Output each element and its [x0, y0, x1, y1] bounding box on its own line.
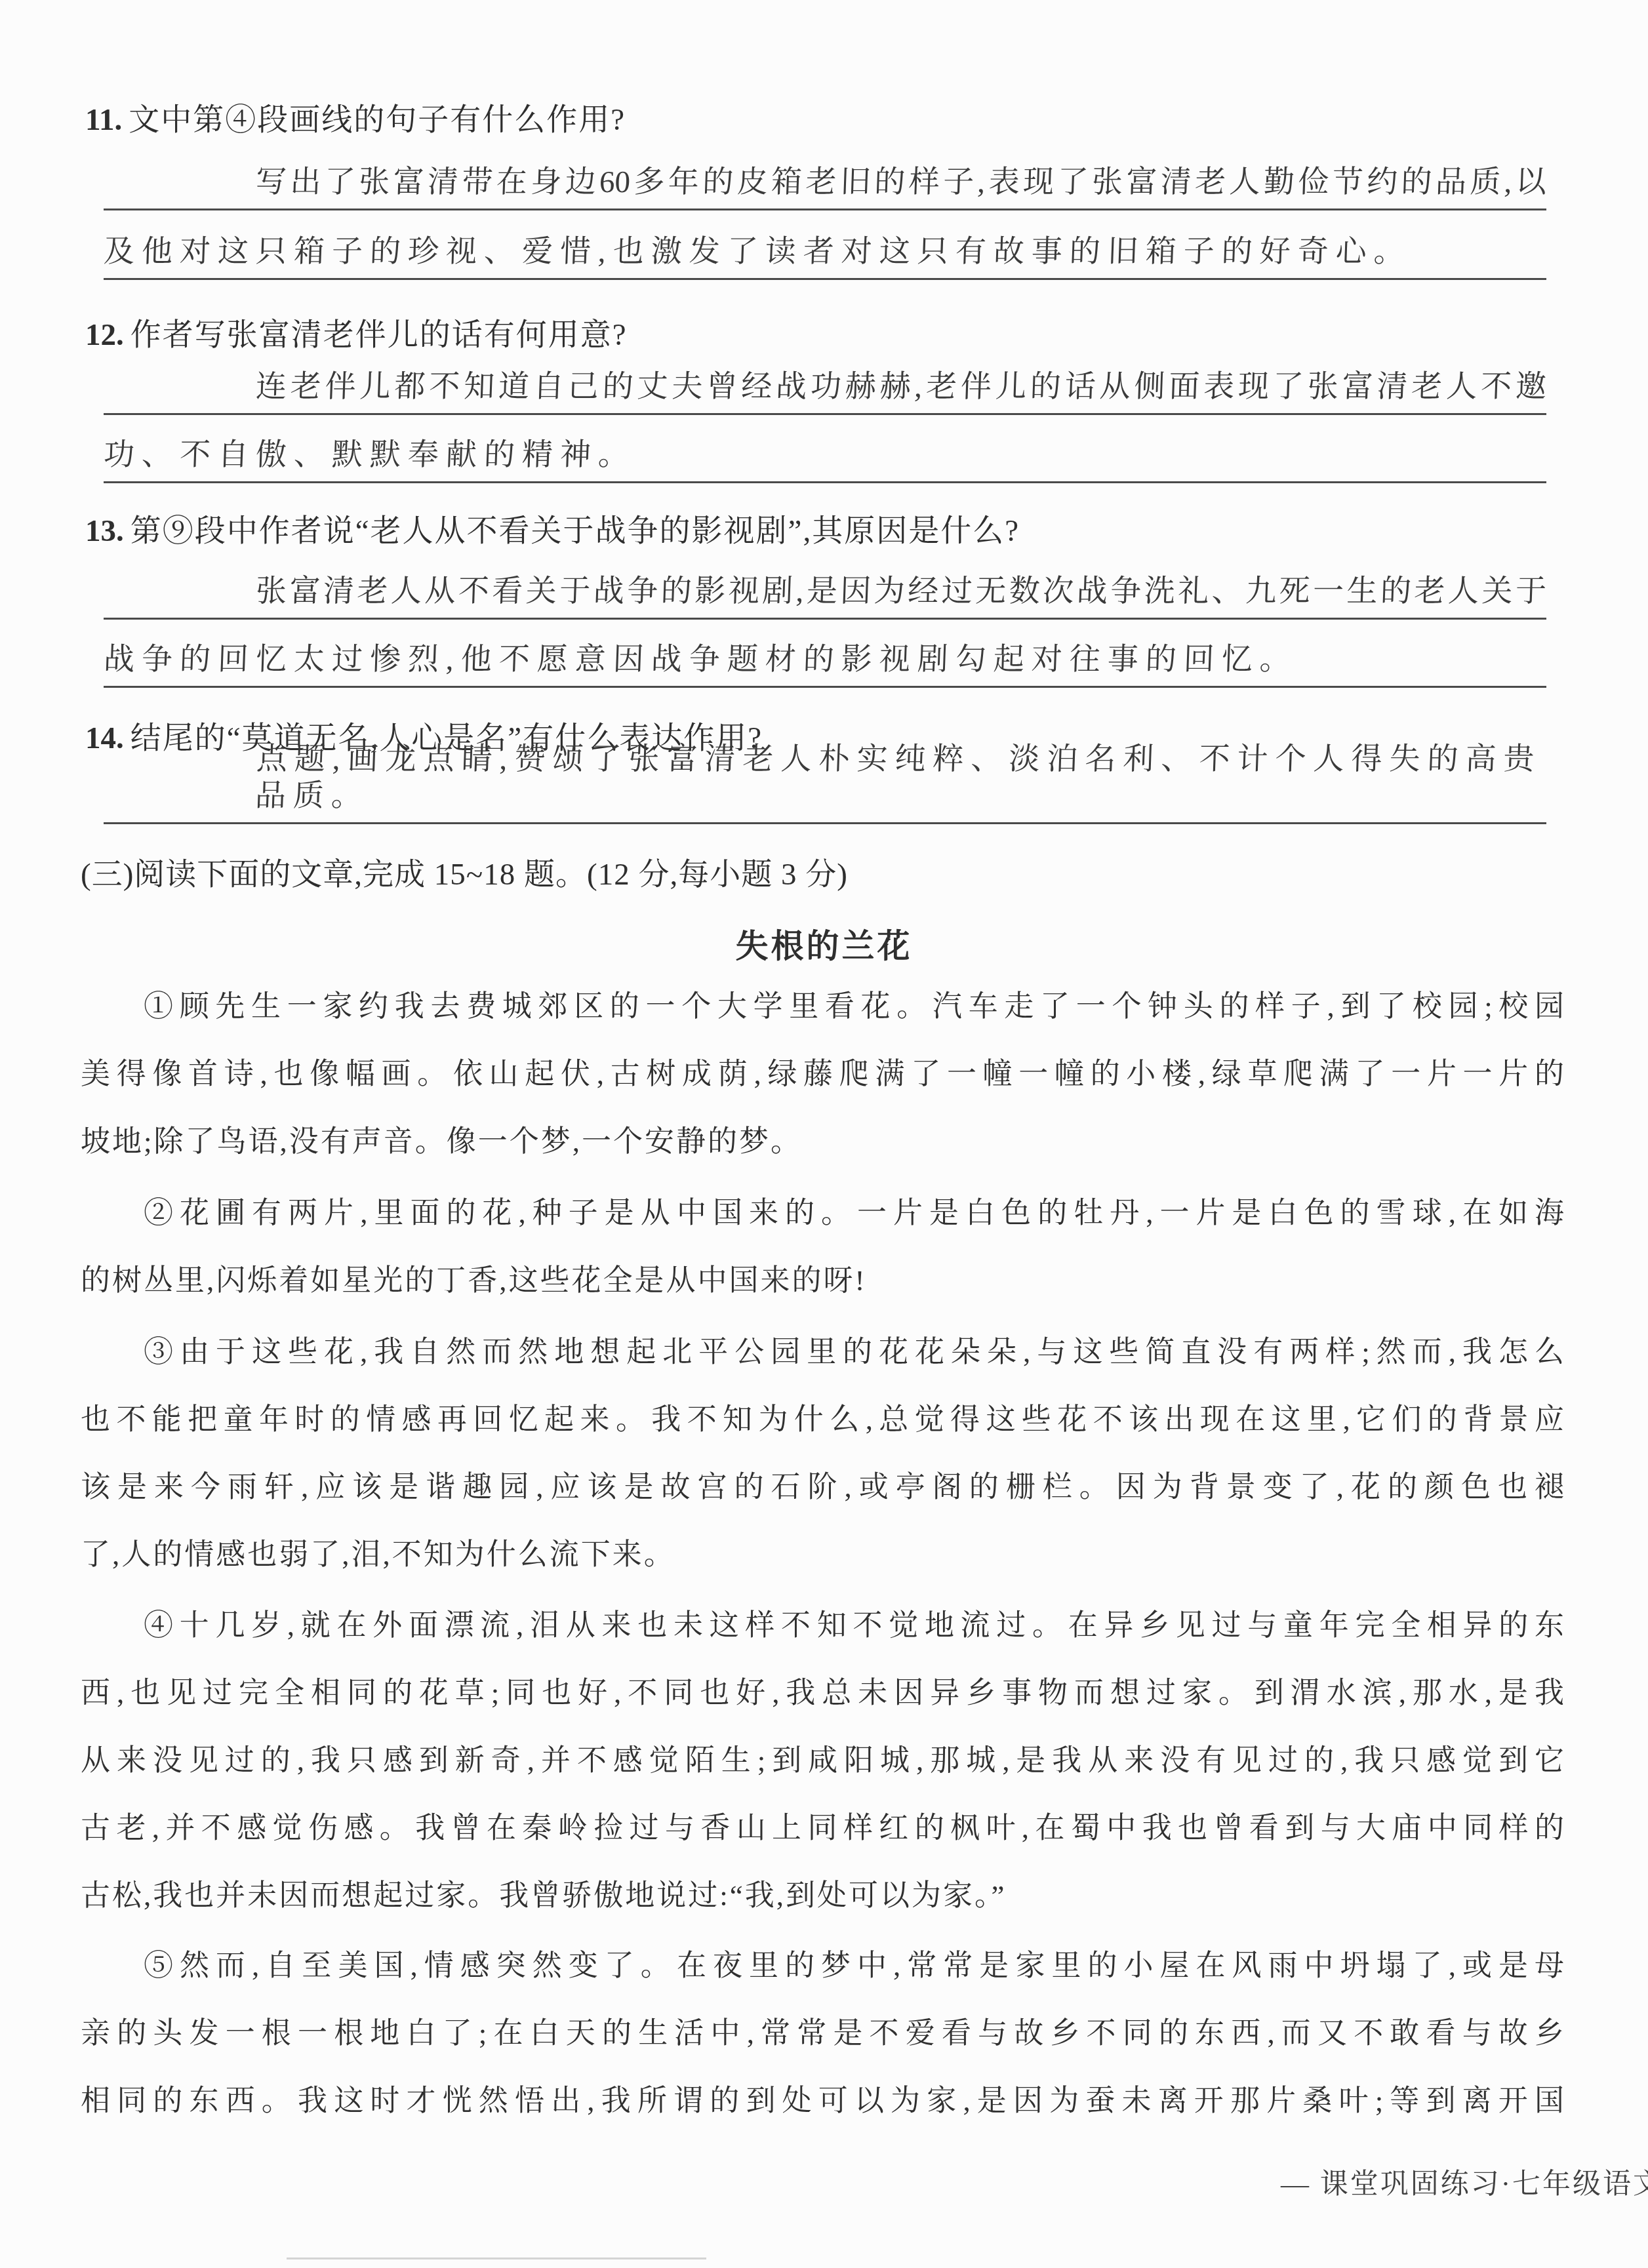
handwritten-answer-text: 战争的回忆太过惨烈,他不愿意因战争题材的影视剧勾起对往事的回忆。 — [103, 641, 1547, 678]
answer-line: 功、不自傲、默默奉献的精神。 — [104, 408, 1546, 483]
passage-line: ④十几岁,就在外面漂流,泪从来也未这样不知不觉地流过。在异乡见过与童年完全相异的… — [81, 1592, 1564, 1660]
answer-line: 及他对这只箱子的珍视、爱惜,也激发了读者对这只有故事的旧箱子的好奇心。 — [104, 205, 1546, 280]
handwritten-answer-text: 功、不自傲、默默奉献的精神。 — [103, 437, 1547, 473]
passage-line: 该是来今雨轩,应该是谐趣园,应该是故宫的石阶,或亭阁的栅栏。因为背景变了,花的颜… — [81, 1454, 1564, 1521]
passage-line: 的树丛里,闪烁着如星光的丁香,这些花全是从中国来的呀! — [81, 1247, 1564, 1315]
handwritten-answer-text: 张富清老人从不看关于战争的影视剧,是因为经过无数次战争洗礼、九死一生的老人关于 — [103, 573, 1547, 610]
answer-line: 点题,画龙点睛,赞颂了张富清老人朴实纯粹、淡泊名利、不计个人得失的高贵品质。 — [104, 749, 1546, 824]
passage-paragraph-3: ③由于这些花,我自然而然地想起北平公园里的花花朵朵,与这些简直没有两样;然而,我… — [81, 1319, 1564, 1589]
scan-artifact-line — [287, 2258, 706, 2259]
passage-line: 古松,我也并未因而想起过家。我曾骄傲地说过:“我,到处可以为家。” — [81, 1862, 1564, 1930]
passage-line: 也不能把童年时的情感再回忆起来。我不知为什么,总觉得这些花不该出现在这里,它们的… — [81, 1386, 1564, 1454]
passage-line: 西,也见过完全相同的花草;同也好,不同也好,我总未因异乡事物而想过家。到渭水滨,… — [81, 1660, 1564, 1727]
test-paper-page: 11.文中第④段画线的句子有什么作用? 写出了张富清带在身边60多年的皮箱老旧的… — [0, 0, 1648, 2268]
passage-paragraph-5: ⑤然而,自至美国,情感突然变了。在夜里的梦中,常常是家里的小屋在风雨中坍塌了,或… — [81, 1932, 1564, 2135]
passage-line: 坡地;除了鸟语,没有声音。像一个梦,一个安静的梦。 — [81, 1108, 1564, 1176]
question-13-text: 第⑨段中作者说“老人从不看关于战争的影视剧”,其原因是什么? — [131, 514, 1020, 548]
passage-line: 从来没见过的,我只感到新奇,并不感觉陌生;到咸阳城,那城,是我从来没有见过的,我… — [81, 1727, 1564, 1795]
answer-line: 连老伴儿都不知道自己的丈夫曾经战功赫赫,老伴儿的话从侧面表现了张富清老人不邀 — [104, 340, 1546, 415]
passage-line: ②花圃有两片,里面的花,种子是从中国来的。一片是白色的牡丹,一片是白色的雪球,在… — [81, 1180, 1564, 1247]
answer-line: 写出了张富清带在身边60多年的皮箱老旧的样子,表现了张富清老人勤俭节约的品质,以 — [104, 135, 1546, 210]
passage-line: 美得像首诗,也像幅画。依山起伏,古树成荫,绿藤爬满了一幢一幢的小楼,绿草爬满了一… — [81, 1041, 1564, 1108]
question-13-number: 13. — [85, 514, 124, 548]
passage-paragraph-4: ④十几岁,就在外面漂流,泪从来也未这样不知不觉地流过。在异乡见过与童年完全相异的… — [81, 1592, 1564, 1930]
question-11-text: 文中第④段画线的句子有什么作用? — [129, 103, 626, 137]
answer-line: 战争的回忆太过惨烈,他不愿意因战争题材的影视剧勾起对往事的回忆。 — [104, 612, 1546, 688]
passage-line: ③由于这些花,我自然而然地想起北平公园里的花花朵朵,与这些简直没有两样;然而,我… — [81, 1319, 1564, 1386]
question-11: 11.文中第④段画线的句子有什么作用? — [85, 100, 1567, 140]
passage-line: 亲的头发一根一根地白了;在白天的生活中,常常是不爱看与故乡不同的东西,而又不敢看… — [81, 2000, 1564, 2067]
passage-line: 古老,并不感觉伤感。我曾在秦岭捡过与香山上同样红的枫叶,在蜀中我也曾看到与大庙中… — [81, 1795, 1564, 1862]
handwritten-answer-text: 写出了张富清带在身边60多年的皮箱老旧的样子,表现了张富清老人勤俭节约的品质,以 — [103, 164, 1547, 201]
passage-line: 相同的东西。我这时才恍然悟出,我所谓的到处可以为家,是因为蚕未离开那片桑叶;等到… — [81, 2067, 1564, 2135]
handwritten-answer-text: 连老伴儿都不知道自己的丈夫曾经战功赫赫,老伴儿的话从侧面表现了张富清老人不邀 — [103, 368, 1547, 405]
passage-paragraph-2: ②花圃有两片,里面的花,种子是从中国来的。一片是白色的牡丹,一片是白色的雪球,在… — [81, 1180, 1564, 1315]
passage-line: 了,人的情感也弱了,泪,不知为什么流下来。 — [81, 1521, 1564, 1589]
passage-paragraph-1: ①顾先生一家约我去费城郊区的一个大学里看花。汽车走了一个钟头的样子,到了校园;校… — [81, 973, 1564, 1176]
question-11-number: 11. — [85, 103, 122, 137]
handwritten-answer-text: 点题,画龙点睛,赞颂了张富清老人朴实纯粹、淡泊名利、不计个人得失的高贵品质。 — [102, 741, 1548, 814]
answer-line: 张富清老人从不看关于战争的影视剧,是因为经过无数次战争洗礼、九死一生的老人关于 — [104, 544, 1546, 620]
passage-title: 失根的兰花 — [0, 920, 1648, 967]
handwritten-answer-text: 及他对这只箱子的珍视、爱惜,也激发了读者对这只有故事的旧箱子的好奇心。 — [103, 233, 1547, 270]
passage-line: ⑤然而,自至美国,情感突然变了。在夜里的梦中,常常是家里的小屋在风雨中坍塌了,或… — [81, 1932, 1564, 2000]
page-footer: — 课堂巩固练习·七年级语文下 — [1281, 2162, 1648, 2202]
section-heading: (三)阅读下面的文章,完成 15~18 题。(12 分,每小题 3 分) — [81, 854, 1564, 895]
passage-line: ①顾先生一家约我去费城郊区的一个大学里看花。汽车走了一个钟头的样子,到了校园;校… — [81, 973, 1564, 1041]
